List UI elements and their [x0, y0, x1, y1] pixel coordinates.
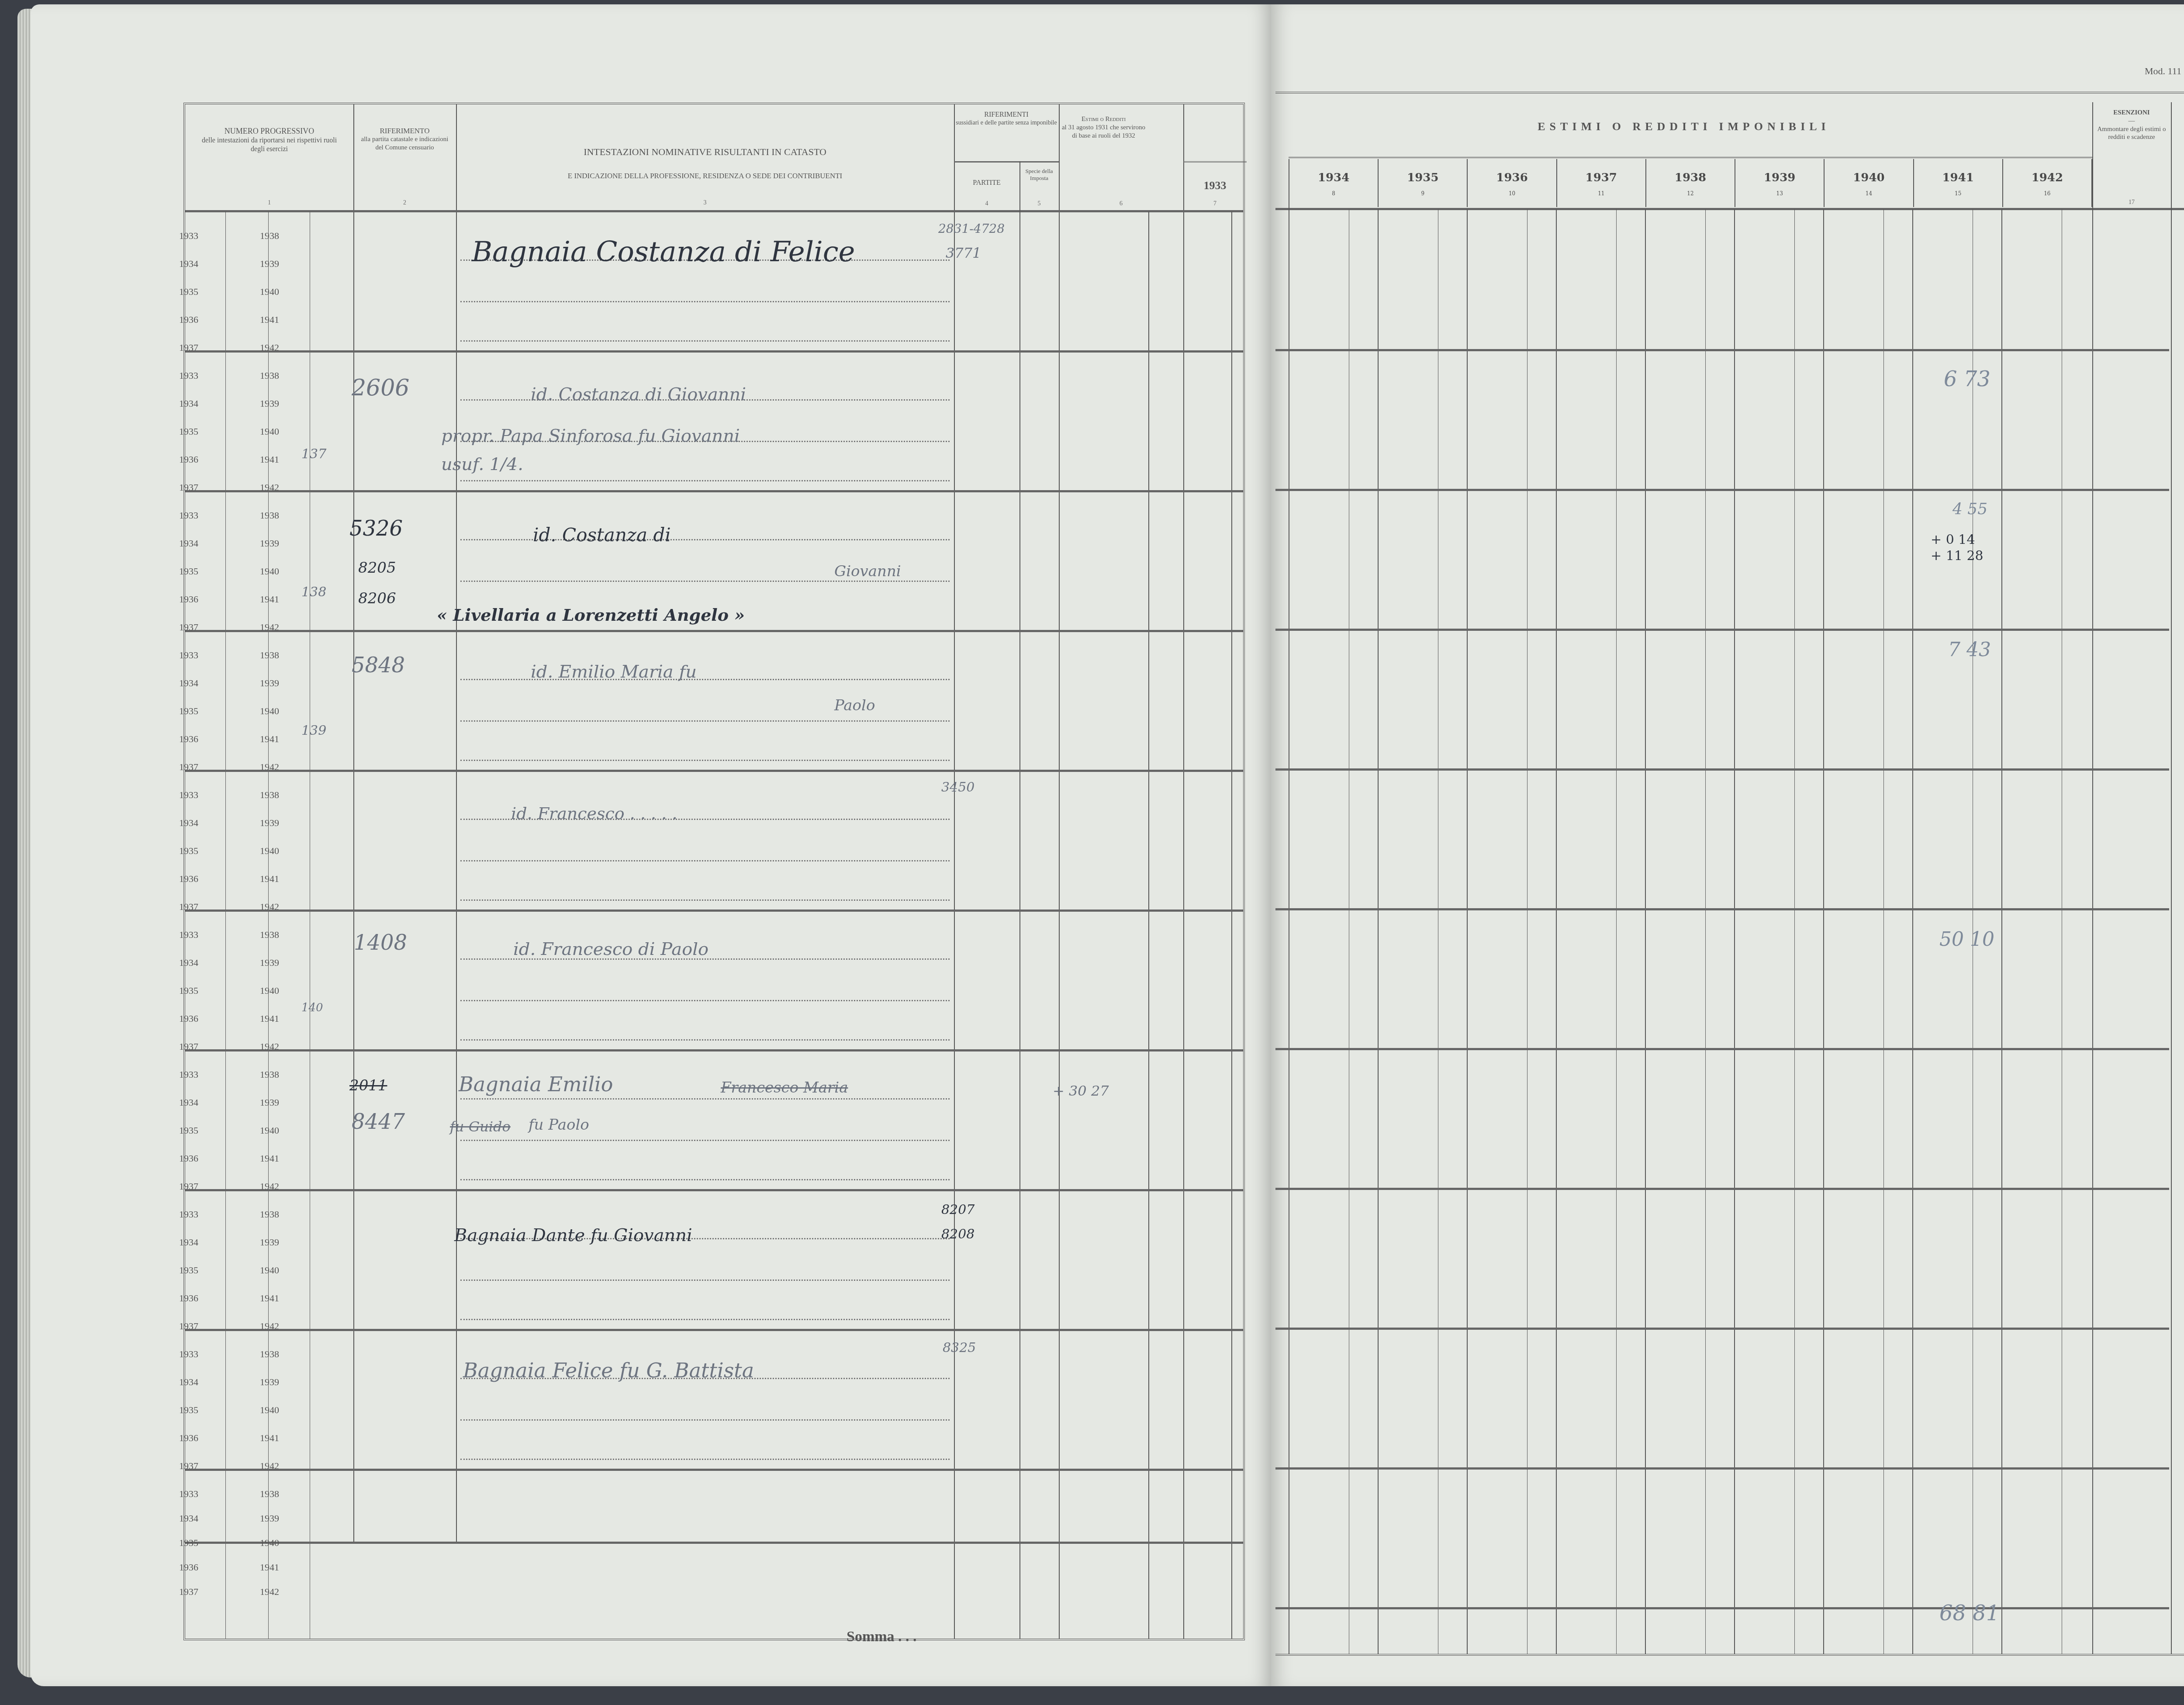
year-col-1936: 1936 10: [1467, 159, 1556, 207]
year-label: 1935: [1379, 171, 1467, 184]
column-number: 6: [1059, 201, 1183, 208]
column-number: 18: [2171, 199, 2184, 206]
year-label: 1941: [1914, 171, 2002, 184]
header-1933: 1933: [1183, 179, 1247, 193]
column-number: 3: [456, 200, 954, 207]
year-label: 1942: [2003, 171, 2091, 184]
header-title: ESENZIONI: [2092, 109, 2171, 117]
year-label: 1934: [1289, 171, 1378, 184]
header-estimi-imponibili: ESTIMI O REDDITI IMPONIBILI: [1275, 120, 2092, 134]
year-header-row: 1934 8 1935 9 1936 10 1937 11 1938 12: [1289, 159, 2092, 207]
year-col-1935: 1935 9: [1378, 159, 1467, 207]
header-title: Estimi o Redditi: [1059, 115, 1148, 124]
header-text: sussidiari e delle partite senza imponib…: [954, 119, 1059, 127]
header-text: alla partita catastale e indicazioni del…: [353, 135, 456, 152]
header-estimi-1931: Estimi o Redditi al 31 agosto 1931 che s…: [1059, 115, 1148, 140]
right-register-table: ESTIMI O REDDITI IMPONIBILI 1934 8 1935 …: [1275, 92, 2184, 1656]
header-esenzioni: ESENZIONI — Ammontare degli estimi o red…: [2092, 109, 2171, 142]
column-number: 5: [1019, 201, 1059, 208]
year-col-1938: 1938 12: [1645, 159, 1735, 207]
year-label: 1938: [1646, 171, 1735, 184]
form-model-title: Mod. 111 - Imposte Dirette (Intercalare)…: [2145, 66, 2184, 77]
column-number: 10: [1468, 190, 1556, 197]
year-label: 1939: [1735, 171, 1824, 184]
column-number: 9: [1379, 190, 1467, 197]
year-col-1937: 1937 11: [1556, 159, 1645, 207]
header-title: RIFERIMENTO: [353, 126, 456, 135]
column-number: 8: [1289, 190, 1378, 197]
column-number: 7: [1183, 201, 1247, 208]
year-col-1940: 1940 14: [1824, 159, 1913, 207]
header-partite: PARTITE: [954, 179, 1019, 187]
year-label: 1936: [1468, 171, 1556, 184]
header-text: Ammontare degli estimi o redditi e scade…: [2092, 125, 2171, 142]
column-number: 16: [2003, 190, 2091, 197]
year-col-1941: 1941 15: [1913, 159, 2002, 207]
header-annotazioni: ANNOTAZIONI: [2171, 142, 2184, 154]
header-intestazioni: INTESTAZIONI NOMINATIVE RISULTANTI IN CA…: [456, 146, 954, 180]
column-number: 1: [185, 200, 353, 207]
header-riferimenti-sussidiari: RIFERIMENTI sussidiari e delle partite s…: [954, 111, 1059, 127]
column-number: 12: [1646, 190, 1735, 197]
header-text: delle intestazioni da riportarsi nei ris…: [185, 136, 353, 154]
year-label: 1937: [1557, 171, 1645, 184]
header-dash: —: [2092, 117, 2171, 125]
right-page: Mod. 111 - Imposte Dirette (Intercalare)…: [1271, 4, 2184, 1686]
header-riferimento: RIFERIMENTO alla partita catastale e ind…: [353, 126, 456, 152]
column-number: 14: [1825, 190, 1913, 197]
year-col-1934: 1934 8: [1289, 159, 1378, 207]
header-text: E INDICAZIONE DELLA PROFESSIONE, RESIDEN…: [456, 171, 954, 180]
header-text: al 31 agosto 1931 che servirono di base …: [1059, 124, 1148, 140]
year-label: 1940: [1825, 171, 1913, 184]
column-number: 2: [353, 200, 456, 207]
left-register-table: NUMERO PROGRESSIVO delle intestazioni da…: [183, 103, 1245, 1640]
header-numero-progressivo: NUMERO PROGRESSIVO delle intestazioni da…: [185, 126, 353, 154]
column-number: 4: [954, 201, 1019, 208]
header-title: INTESTAZIONI NOMINATIVE RISULTANTI IN CA…: [456, 146, 954, 158]
left-page: NUMERO PROGRESSIVO delle intestazioni da…: [31, 4, 1271, 1686]
header-title: NUMERO PROGRESSIVO: [185, 126, 353, 136]
year-col-1942: 1942 16: [2002, 159, 2092, 207]
column-number: 13: [1735, 190, 1824, 197]
column-number: 15: [1914, 190, 2002, 197]
column-number: 11: [1557, 190, 1645, 197]
column-number: 17: [2092, 199, 2171, 206]
header-title: RIFERIMENTI: [954, 111, 1059, 119]
header-specie-imposta: Specie della Imposta: [1019, 168, 1059, 182]
ledger-book: NUMERO PROGRESSIVO delle intestazioni da…: [17, 0, 2184, 1695]
year-col-1939: 1939 13: [1735, 159, 1824, 207]
sum-label: Somma . . .: [847, 1629, 917, 1645]
